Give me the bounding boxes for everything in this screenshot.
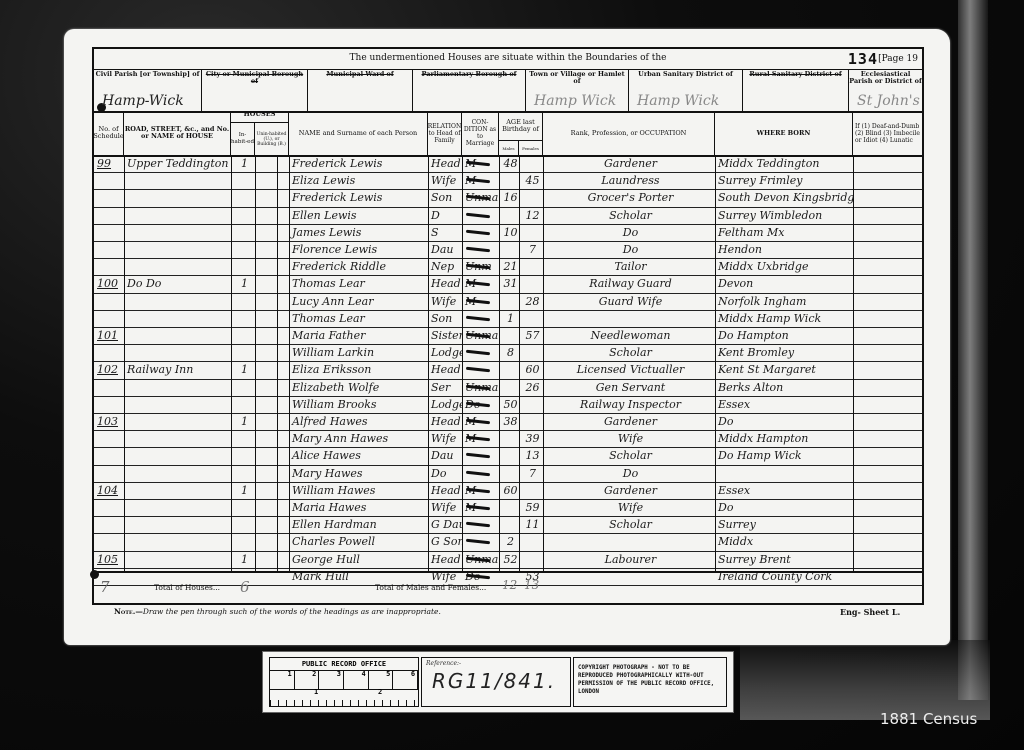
column-schedule: No. of Schedule — [94, 111, 124, 155]
cell-female-age: 26 — [519, 379, 543, 396]
administrative-areas: Civil Parish [or Township] ofHamp-WickCi… — [94, 69, 922, 113]
cell-name: George Hull — [289, 551, 428, 568]
cell-male-age — [499, 447, 519, 464]
cell-female-age — [519, 258, 543, 275]
cell-road — [124, 207, 231, 224]
cell-name: Ellen Lewis — [289, 207, 428, 224]
cell-male-age: 50 — [499, 396, 519, 413]
census-row: Alice HawesDau13ScholarDo Hamp Wick — [94, 447, 922, 465]
cell-name: Frederick Riddle — [289, 258, 428, 275]
reference-number: RG11/841. — [422, 669, 570, 693]
cell-schedule: 105 — [94, 551, 124, 568]
cell-relation: Ser — [428, 379, 462, 396]
cell-road — [124, 413, 231, 430]
admin-field: Rural Sanitary District of — [743, 69, 849, 111]
cell-male-age: 31 — [499, 275, 519, 292]
cell-schedule — [94, 241, 124, 258]
census-row: Eliza LewisWifeM45LaundressSurrey Frimle… — [94, 172, 922, 190]
cell-schedule — [94, 258, 124, 275]
census-row: Mary HawesDo7Do — [94, 465, 922, 483]
column-rule — [255, 155, 256, 573]
cell-born: South Devon Kingsbridge — [715, 189, 853, 206]
cell-inhabited — [231, 516, 255, 533]
form-header: The undermentioned Houses are situate wi… — [94, 49, 922, 70]
total-females: 13 — [524, 578, 539, 592]
cell-male-age: 8 — [499, 344, 519, 361]
cell-male-age — [499, 379, 519, 396]
cell-occupation: Scholar — [543, 207, 715, 224]
cell-relation: Head — [428, 413, 462, 430]
census-row: 1051George HullHeadUnmar52LabourerSurrey… — [94, 551, 922, 569]
cell-relation: Lodger — [428, 344, 462, 361]
cell-road — [124, 430, 231, 447]
cell-name: Frederick Lewis — [289, 155, 428, 172]
note-text: Draw the pen through such of the words o… — [143, 607, 441, 616]
scale-mark: 4 — [344, 670, 369, 689]
column-occupation: Rank, Profession, or OCCUPATION — [543, 111, 715, 155]
cell-name: Thomas Lear — [289, 310, 428, 327]
admin-field-label: Ecclesiastical Parish or District of — [849, 69, 922, 85]
census-row: James LewisS10DoFeltham Mx — [94, 224, 922, 242]
cell-male-age: 48 — [499, 155, 519, 172]
cell-schedule — [94, 516, 124, 533]
cell-born: Feltham Mx — [715, 224, 853, 241]
cell-inhabited — [231, 499, 255, 516]
admin-field: Ecclesiastical Parish or District ofSt J… — [849, 69, 922, 111]
admin-field-label: Rural Sanitary District of — [743, 69, 848, 78]
cell-name: Charles Powell — [289, 533, 428, 550]
admin-field: Municipal Ward of — [308, 69, 413, 111]
cell-inhabited — [231, 258, 255, 275]
cell-born: Do — [715, 413, 853, 430]
cell-born: Surrey — [715, 516, 853, 533]
column-rule — [462, 155, 463, 573]
admin-field: Civil Parish [or Township] ofHamp-Wick — [94, 69, 202, 111]
cell-female-age — [519, 482, 543, 499]
cell-occupation — [543, 310, 715, 327]
cell-occupation: Guard Wife — [543, 293, 715, 310]
admin-field-label: Urban Sanitary District of — [629, 69, 742, 78]
cell-born: Essex — [715, 396, 853, 413]
census-row: Ellen LewisD12ScholarSurrey Wimbledon — [94, 207, 922, 225]
census-row: Frederick RiddleNepUnm21TailorMiddx Uxbr… — [94, 258, 922, 276]
column-rule — [853, 155, 854, 573]
cell-born: Do Hampton — [715, 327, 853, 344]
cell-road — [124, 241, 231, 258]
cell-female-age — [519, 155, 543, 172]
admin-field-label: Parliamentary Borough of — [413, 69, 525, 78]
cell-occupation: Scholar — [543, 516, 715, 533]
cell-inhabited — [231, 465, 255, 482]
column-road: ROAD, STREET, &c., and No. or NAME of HO… — [124, 111, 231, 155]
census-row: William BrooksLodgerDo50Railway Inspecto… — [94, 396, 922, 414]
cell-schedule — [94, 533, 124, 550]
admin-field: Urban Sanitary District ofHamp Wick — [629, 69, 743, 111]
cell-born: Kent Bromley — [715, 344, 853, 361]
cell-relation: G Son — [428, 533, 462, 550]
admin-field-value: Hamp-Wick — [102, 93, 184, 109]
census-row: Florence LewisDau7DoHendon — [94, 241, 922, 259]
cell-name: James Lewis — [289, 224, 428, 241]
admin-field-value: Hamp Wick — [637, 93, 719, 109]
cell-name: Frederick Lewis — [289, 189, 428, 206]
cell-inhabited — [231, 430, 255, 447]
cell-inhabited — [231, 344, 255, 361]
cell-female-age: 59 — [519, 499, 543, 516]
column-rule — [715, 155, 716, 573]
column-headers: No. of ScheduleROAD, STREET, &c., and No… — [94, 111, 922, 157]
census-row: 102Railway Inn1Eliza ErikssonHead60Licen… — [94, 361, 922, 379]
scale-mark: 1 — [270, 670, 295, 689]
cell-road — [124, 551, 231, 568]
cell-born: Middx Hampton — [715, 430, 853, 447]
cell-male-age: 38 — [499, 413, 519, 430]
cell-schedule: 101 — [94, 327, 124, 344]
cell-name: William Larkin — [289, 344, 428, 361]
column-infirmity: If (1) Deaf-and-Dumb (2) Blind (3) Imbec… — [853, 111, 924, 155]
cell-occupation: Wife — [543, 499, 715, 516]
cell-male-age: 16 — [499, 189, 519, 206]
cell-male-age: 1 — [499, 310, 519, 327]
cell-inhabited: 1 — [231, 155, 255, 172]
cell-relation: Dau — [428, 241, 462, 258]
cell-inhabited — [231, 327, 255, 344]
cell-occupation: Licensed Victualler — [543, 361, 715, 378]
cell-schedule — [94, 293, 124, 310]
cell-male-age — [499, 241, 519, 258]
census-row: Elizabeth WolfeSerUnmar26Gen ServantBerk… — [94, 379, 922, 397]
cell-road — [124, 465, 231, 482]
cell-female-age — [519, 275, 543, 292]
column-uninhabited: Unin-habited (U.), or Building (B.) — [255, 123, 289, 155]
cell-occupation: Tailor — [543, 258, 715, 275]
census-row: William LarkinLodger8ScholarKent Bromley — [94, 344, 922, 362]
admin-field-label: Municipal Ward of — [308, 69, 412, 78]
census-row: Thomas LearSon1Middx Hamp Wick — [94, 310, 922, 328]
cell-schedule — [94, 224, 124, 241]
cell-female-age — [519, 310, 543, 327]
cell-relation: Wife — [428, 293, 462, 310]
copyright-notice: COPYRIGHT PHOTOGRAPH - NOT TO BE REPRODU… — [573, 657, 727, 707]
cell-occupation: Scholar — [543, 447, 715, 464]
cell-schedule — [94, 465, 124, 482]
note-prefix: Note.— — [114, 607, 143, 616]
cell-name: Eliza Eriksson — [289, 361, 428, 378]
cell-schedule: 103 — [94, 413, 124, 430]
cell-inhabited — [231, 310, 255, 327]
column-males: Males — [499, 141, 519, 155]
cell-occupation: Labourer — [543, 551, 715, 568]
cell-female-age — [519, 344, 543, 361]
admin-field-label: Town or Village or Hamlet of — [526, 69, 628, 85]
cell-occupation: Railway Inspector — [543, 396, 715, 413]
cell-male-age — [499, 207, 519, 224]
admin-field: Town or Village or Hamlet ofHamp Wick — [526, 69, 629, 111]
cell-road — [124, 447, 231, 464]
reference-box: Reference:- RG11/841. — [421, 657, 571, 707]
admin-field-value: St John's — [857, 93, 920, 109]
cell-occupation: Grocer's Porter — [543, 189, 715, 206]
cell-schedule: 99 — [94, 155, 124, 172]
cell-born: Devon — [715, 275, 853, 292]
cell-road: Do Do — [124, 275, 231, 292]
cell-schedule — [94, 344, 124, 361]
total-schedules: 7 — [100, 578, 110, 596]
cell-schedule: 100 — [94, 275, 124, 292]
census-row: 99Upper Teddington Rd1Frederick LewisHea… — [94, 155, 922, 173]
column-relation: RELATION to Head of Family — [428, 111, 462, 155]
cell-relation: G Dau — [428, 516, 462, 533]
ruler-mark: 2 — [378, 688, 382, 696]
cell-female-age: 13 — [519, 447, 543, 464]
cell-occupation: Gardener — [543, 155, 715, 172]
cell-male-age: 52 — [499, 551, 519, 568]
scale-mark: 6 — [393, 670, 418, 689]
cell-inhabited: 1 — [231, 413, 255, 430]
cell-road — [124, 258, 231, 275]
cell-inhabited — [231, 207, 255, 224]
cell-inhabited — [231, 447, 255, 464]
cell-name: William Brooks — [289, 396, 428, 413]
cell-road — [124, 396, 231, 413]
cell-name: Eliza Lewis — [289, 172, 428, 189]
column-name: NAME and Surname of each Person — [289, 111, 428, 155]
cell-born: Middx Hamp Wick — [715, 310, 853, 327]
cell-born: Hendon — [715, 241, 853, 258]
cell-relation: D — [428, 207, 462, 224]
reference-label: Reference:- — [422, 658, 570, 669]
total-males: 12 — [502, 578, 517, 592]
cell-occupation — [543, 533, 715, 550]
cell-born: Berks Alton — [715, 379, 853, 396]
cell-male-age — [499, 430, 519, 447]
total-houses-value: 6 — [240, 578, 250, 596]
column-houses: HOUSES — [231, 111, 289, 123]
cell-born: Do Hamp Wick — [715, 447, 853, 464]
cell-female-age — [519, 189, 543, 206]
cell-female-age: 45 — [519, 172, 543, 189]
cell-relation: Head — [428, 551, 462, 568]
folio-number: 134 — [848, 50, 878, 68]
totals-row: 7 Total of Houses... 6 Total of Males an… — [94, 571, 922, 603]
cell-road — [124, 516, 231, 533]
book-edge — [958, 0, 988, 700]
cell-relation: Sister — [428, 327, 462, 344]
cell-schedule — [94, 310, 124, 327]
cell-female-age — [519, 396, 543, 413]
cell-schedule — [94, 189, 124, 206]
total-houses-label: Total of Houses... — [154, 583, 220, 592]
cell-road — [124, 310, 231, 327]
book-edge-bottom — [740, 640, 990, 720]
cell-inhabited — [231, 189, 255, 206]
cell-born — [715, 465, 853, 482]
cell-occupation: Scholar — [543, 344, 715, 361]
cell-female-age — [519, 533, 543, 550]
cell-road — [124, 344, 231, 361]
cell-schedule — [94, 430, 124, 447]
column-where-born: WHERE BORN — [715, 111, 853, 155]
cell-male-age — [499, 499, 519, 516]
enumeration-form: The undermentioned Houses are situate wi… — [92, 47, 924, 605]
census-row: 100Do Do1Thomas LearHeadM31Railway Guard… — [94, 275, 922, 293]
cell-inhabited — [231, 172, 255, 189]
cell-female-age: 7 — [519, 241, 543, 258]
cell-road — [124, 499, 231, 516]
record-office-scale: PUBLIC RECORD OFFICE 123456 1 2 — [269, 657, 419, 707]
scale-mark: 5 — [369, 670, 394, 689]
record-office-strip: PUBLIC RECORD OFFICE 123456 1 2 Referenc… — [262, 651, 734, 713]
cell-road — [124, 327, 231, 344]
cell-male-age — [499, 293, 519, 310]
cell-name: Ellen Hardman — [289, 516, 428, 533]
cell-born: Essex — [715, 482, 853, 499]
admin-field-label: Civil Parish [or Township] of — [94, 69, 201, 78]
cell-female-age — [519, 551, 543, 568]
cell-schedule: 104 — [94, 482, 124, 499]
cell-name: Florence Lewis — [289, 241, 428, 258]
column-rule — [277, 155, 278, 573]
cell-name: Mary Hawes — [289, 465, 428, 482]
cell-male-age — [499, 361, 519, 378]
cell-road — [124, 293, 231, 310]
cell-born: Norfolk Ingham — [715, 293, 853, 310]
cell-inhabited: 1 — [231, 361, 255, 378]
cell-male-age — [499, 465, 519, 482]
census-row: 101Maria FatherSisterUnmar57NeedlewomanD… — [94, 327, 922, 345]
admin-field: Parliamentary Borough of — [413, 69, 526, 111]
cell-inhabited: 1 — [231, 482, 255, 499]
cell-occupation: Do — [543, 241, 715, 258]
census-row: Charles PowellG Son2Middx — [94, 533, 922, 551]
cell-relation: Lodger — [428, 396, 462, 413]
cell-relation: Head — [428, 275, 462, 292]
column-rule — [289, 155, 290, 573]
census-row: 1041William HawesHeadM60GardenerEssex — [94, 482, 922, 500]
cell-occupation: Gardener — [543, 413, 715, 430]
cell-born: Surrey Brent — [715, 551, 853, 568]
cell-name: William Hawes — [289, 482, 428, 499]
cell-inhabited — [231, 379, 255, 396]
cell-occupation: Railway Guard — [543, 275, 715, 292]
cell-occupation: Gardener — [543, 482, 715, 499]
cell-relation: Wife — [428, 172, 462, 189]
cell-name: Lucy Ann Lear — [289, 293, 428, 310]
cell-born: Middx — [715, 533, 853, 550]
census-row: 1031Alfred HawesHeadM38GardenerDo — [94, 413, 922, 431]
cell-relation: Head — [428, 482, 462, 499]
heading-text: The undermentioned Houses are situate wi… — [94, 53, 922, 63]
cell-name: Alice Hawes — [289, 447, 428, 464]
inch-scale: 123456 — [270, 670, 418, 690]
cell-occupation: Wife — [543, 430, 715, 447]
census-row: Mary Ann HawesWifeM39WifeMiddx Hampton — [94, 430, 922, 448]
column-rule — [519, 155, 520, 573]
cm-ruler: 1 2 — [270, 688, 418, 706]
cell-road — [124, 379, 231, 396]
cell-inhabited — [231, 293, 255, 310]
column-females: Females — [519, 141, 543, 155]
cell-name: Maria Father — [289, 327, 428, 344]
cell-inhabited — [231, 533, 255, 550]
cell-occupation: Needlewoman — [543, 327, 715, 344]
cell-road — [124, 189, 231, 206]
column-rule — [428, 155, 429, 573]
cell-schedule — [94, 396, 124, 413]
cell-road — [124, 533, 231, 550]
admin-field-value: Hamp Wick — [534, 93, 616, 109]
cell-inhabited: 1 — [231, 275, 255, 292]
cell-female-age: 11 — [519, 516, 543, 533]
cell-road: Upper Teddington Rd — [124, 155, 231, 172]
scale-mark: 3 — [319, 670, 344, 689]
census-row: Frederick LewisSonUnmar16Grocer's Porter… — [94, 189, 922, 207]
cell-female-age: 12 — [519, 207, 543, 224]
cell-name: Elizabeth Wolfe — [289, 379, 428, 396]
cell-schedule: 102 — [94, 361, 124, 378]
cell-relation: Head — [428, 155, 462, 172]
sheet-id: Eng- Sheet L. — [840, 607, 900, 617]
cell-relation: Son — [428, 310, 462, 327]
column-inhabited: In-habit-ed — [231, 123, 255, 155]
cell-inhabited — [231, 224, 255, 241]
cell-female-age — [519, 224, 543, 241]
cell-female-age: 57 — [519, 327, 543, 344]
cell-name: Maria Hawes — [289, 499, 428, 516]
census-row: Maria HawesWifeM59WifeDo — [94, 499, 922, 517]
admin-field: City or Municipal Borough of — [202, 69, 308, 111]
cell-road — [124, 172, 231, 189]
cell-male-age: 2 — [499, 533, 519, 550]
cell-inhabited: 1 — [231, 551, 255, 568]
cell-relation: Wife — [428, 430, 462, 447]
column-age: AGE last Birthday of — [499, 111, 543, 141]
cell-relation: Do — [428, 465, 462, 482]
cell-relation: Dau — [428, 447, 462, 464]
cell-inhabited — [231, 241, 255, 258]
cell-relation: Wife — [428, 499, 462, 516]
cell-born: Surrey Frimley — [715, 172, 853, 189]
column-condition: CON-DITION as to Marriage — [462, 111, 499, 155]
cell-born: Kent St Margaret — [715, 361, 853, 378]
cell-schedule — [94, 207, 124, 224]
cell-male-age: 21 — [499, 258, 519, 275]
cell-relation: S — [428, 224, 462, 241]
cell-name: Thomas Lear — [289, 275, 428, 292]
admin-field-label: City or Municipal Borough of — [202, 69, 307, 85]
cell-occupation: Laundress — [543, 172, 715, 189]
cell-road — [124, 224, 231, 241]
column-rule — [499, 155, 500, 573]
column-rule — [124, 155, 125, 573]
cell-male-age: 10 — [499, 224, 519, 241]
cell-male-age — [499, 327, 519, 344]
cell-female-age: 28 — [519, 293, 543, 310]
page-number: [Page 19 — [878, 54, 918, 64]
cell-male-age: 60 — [499, 482, 519, 499]
cell-inhabited — [231, 396, 255, 413]
cell-female-age: 60 — [519, 361, 543, 378]
cell-occupation: Do — [543, 465, 715, 482]
cell-relation: Head — [428, 361, 462, 378]
column-rule — [231, 155, 232, 573]
cell-relation: Nep — [428, 258, 462, 275]
cell-male-age — [499, 516, 519, 533]
cell-name: Alfred Hawes — [289, 413, 428, 430]
total-persons-label: Total of Males and Females... — [375, 583, 486, 592]
cell-occupation: Do — [543, 224, 715, 241]
cell-born: Do — [715, 499, 853, 516]
